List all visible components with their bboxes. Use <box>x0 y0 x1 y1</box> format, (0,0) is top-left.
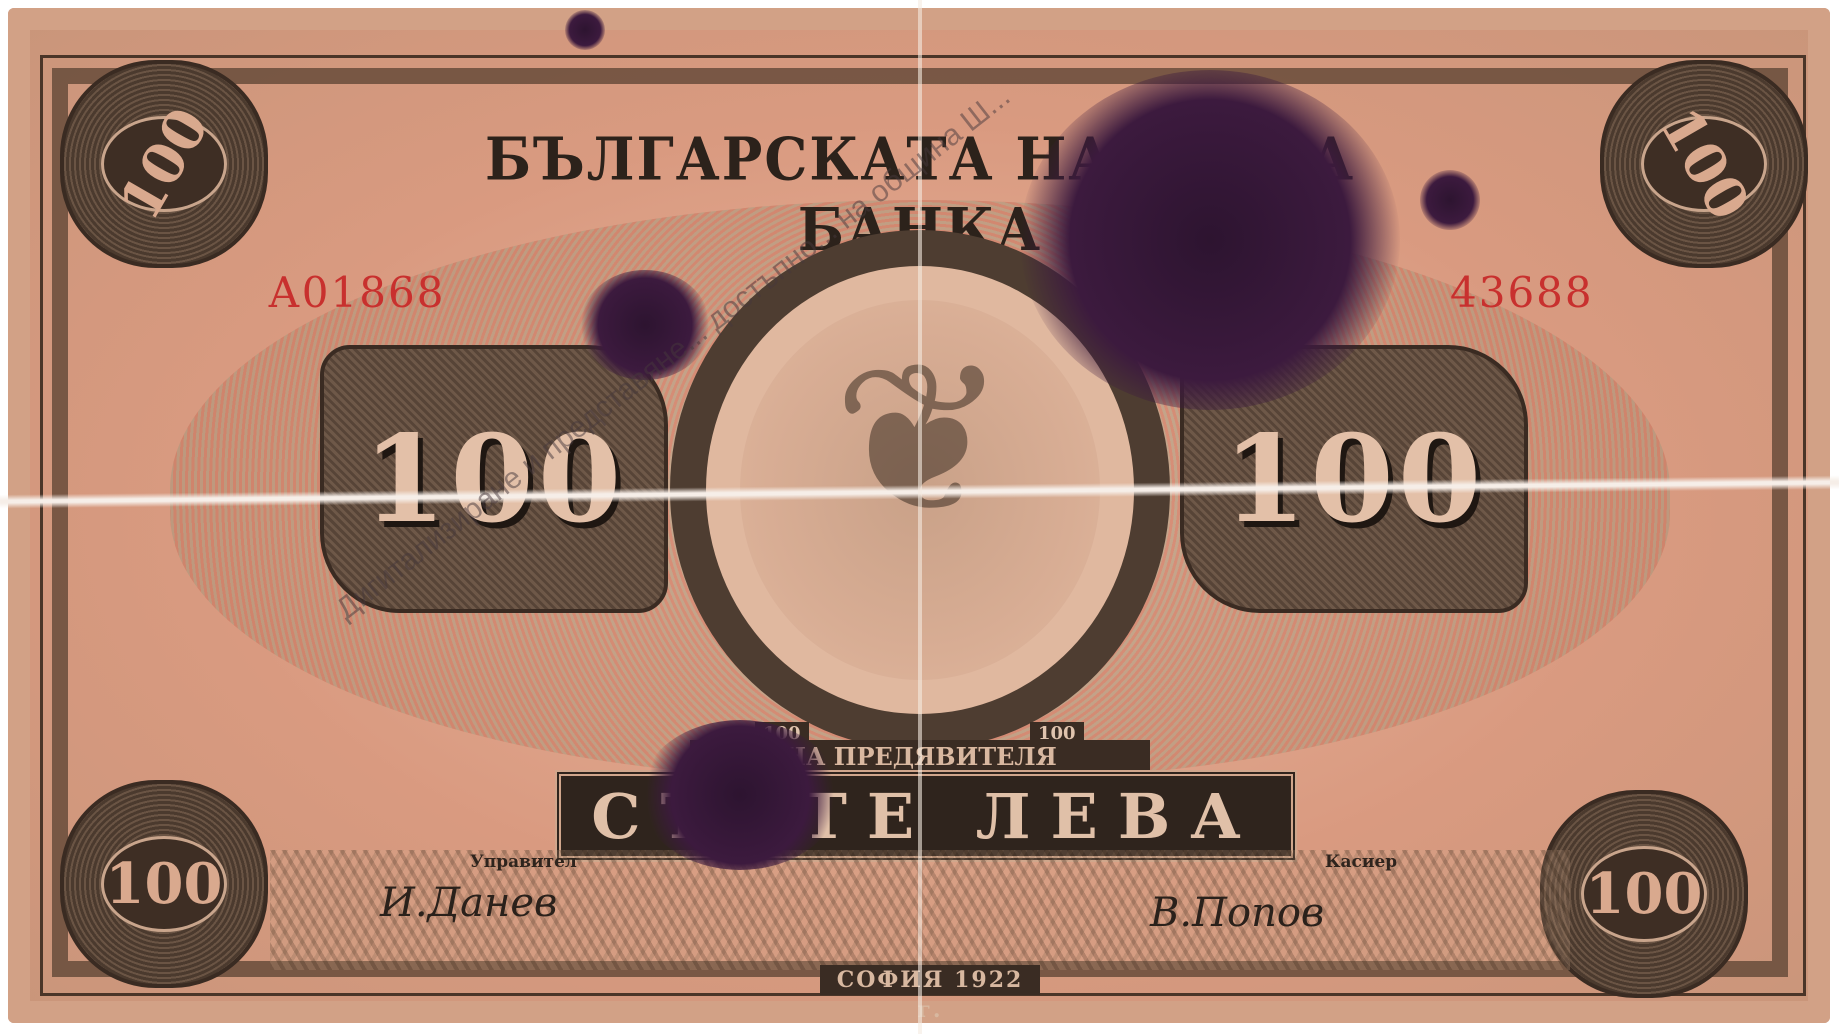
issue-date: СОФИЯ 1922 г. <box>820 965 1040 995</box>
ink-stain <box>1020 70 1400 410</box>
ink-stain <box>565 10 605 50</box>
serial-number-left: А01868 <box>268 268 445 317</box>
corner-medallion-bottom-left: 100 <box>60 780 268 988</box>
signature-cashier: В.Попов <box>1150 890 1324 936</box>
signature-label-cashier: Касиер <box>1325 852 1397 872</box>
corner-numeral: 100 <box>1586 861 1703 927</box>
corner-numeral: 100 <box>1646 97 1762 231</box>
corner-medallion-top-right: 100 <box>1600 60 1808 268</box>
signature-label-governor: Управител <box>470 852 577 872</box>
corner-numeral: 100 <box>106 97 222 231</box>
corner-medallion-bottom-right: 100 <box>1540 790 1748 998</box>
serial-number-right: 43688 <box>1450 268 1594 317</box>
ink-stain <box>1420 170 1480 230</box>
corner-medallion-top-left: 100 <box>60 60 268 268</box>
signature-governor: И.Данев <box>380 880 557 926</box>
ink-stain <box>640 720 840 870</box>
corner-numeral: 100 <box>106 851 223 917</box>
